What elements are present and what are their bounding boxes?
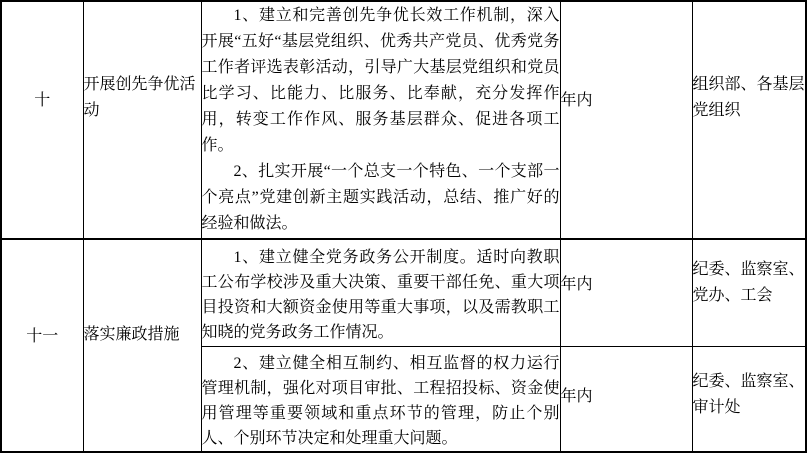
department-cell: 纪委、监察室、审计处	[692, 346, 806, 452]
row-number-cell: 十	[1, 1, 83, 239]
row-number-cell: 十一	[1, 239, 83, 452]
department-cell: 组织部、各基层党组织	[692, 1, 806, 239]
work-plan-table: 十 开展创先争优活动 1、建立和完善创先争优长效工作机制，深入开展“五好“基层党…	[0, 0, 807, 453]
content-paragraph: 1、建立健全党务政务公开制度。适时向教职工公布学校涉及重大决策、重要干部任免、重…	[202, 245, 560, 345]
time-cell: 年内	[560, 1, 692, 239]
content-paragraph: 2、建立健全相互制约、相互监督的权力运行管理机制，强化对项目审批、工程招投标、资…	[202, 351, 560, 451]
time-cell: 年内	[560, 239, 692, 346]
table-row: 十一 落实廉政措施 1、建立健全党务政务公开制度。适时向教职工公布学校涉及重大决…	[1, 239, 806, 346]
department-cell: 纪委、监察室、党办、工会	[692, 239, 806, 346]
content-paragraph: 2、扎实开展“一个总支一个特色、一个支部一个亮点”党建创新主题实践活动，总结、推…	[202, 159, 560, 237]
document-page: 十 开展创先争优活动 1、建立和完善创先争优长效工作机制，深入开展“五好“基层党…	[0, 0, 807, 456]
content-cell: 1、建立健全党务政务公开制度。适时向教职工公布学校涉及重大决策、重要干部任免、重…	[201, 239, 560, 346]
table-row: 十 开展创先争优活动 1、建立和完善创先争优长效工作机制，深入开展“五好“基层党…	[1, 1, 806, 239]
content-cell: 2、建立健全相互制约、相互监督的权力运行管理机制，强化对项目审批、工程招投标、资…	[201, 346, 560, 452]
content-paragraph: 1、建立和完善创先争优长效工作机制，深入开展“五好“基层党组织、优秀共产党员、优…	[202, 3, 560, 159]
time-cell: 年内	[560, 346, 692, 452]
content-cell: 1、建立和完善创先争优长效工作机制，深入开展“五好“基层党组织、优秀共产党员、优…	[201, 1, 560, 239]
task-name-cell: 开展创先争优活动	[83, 1, 201, 239]
task-name-cell: 落实廉政措施	[83, 239, 201, 452]
